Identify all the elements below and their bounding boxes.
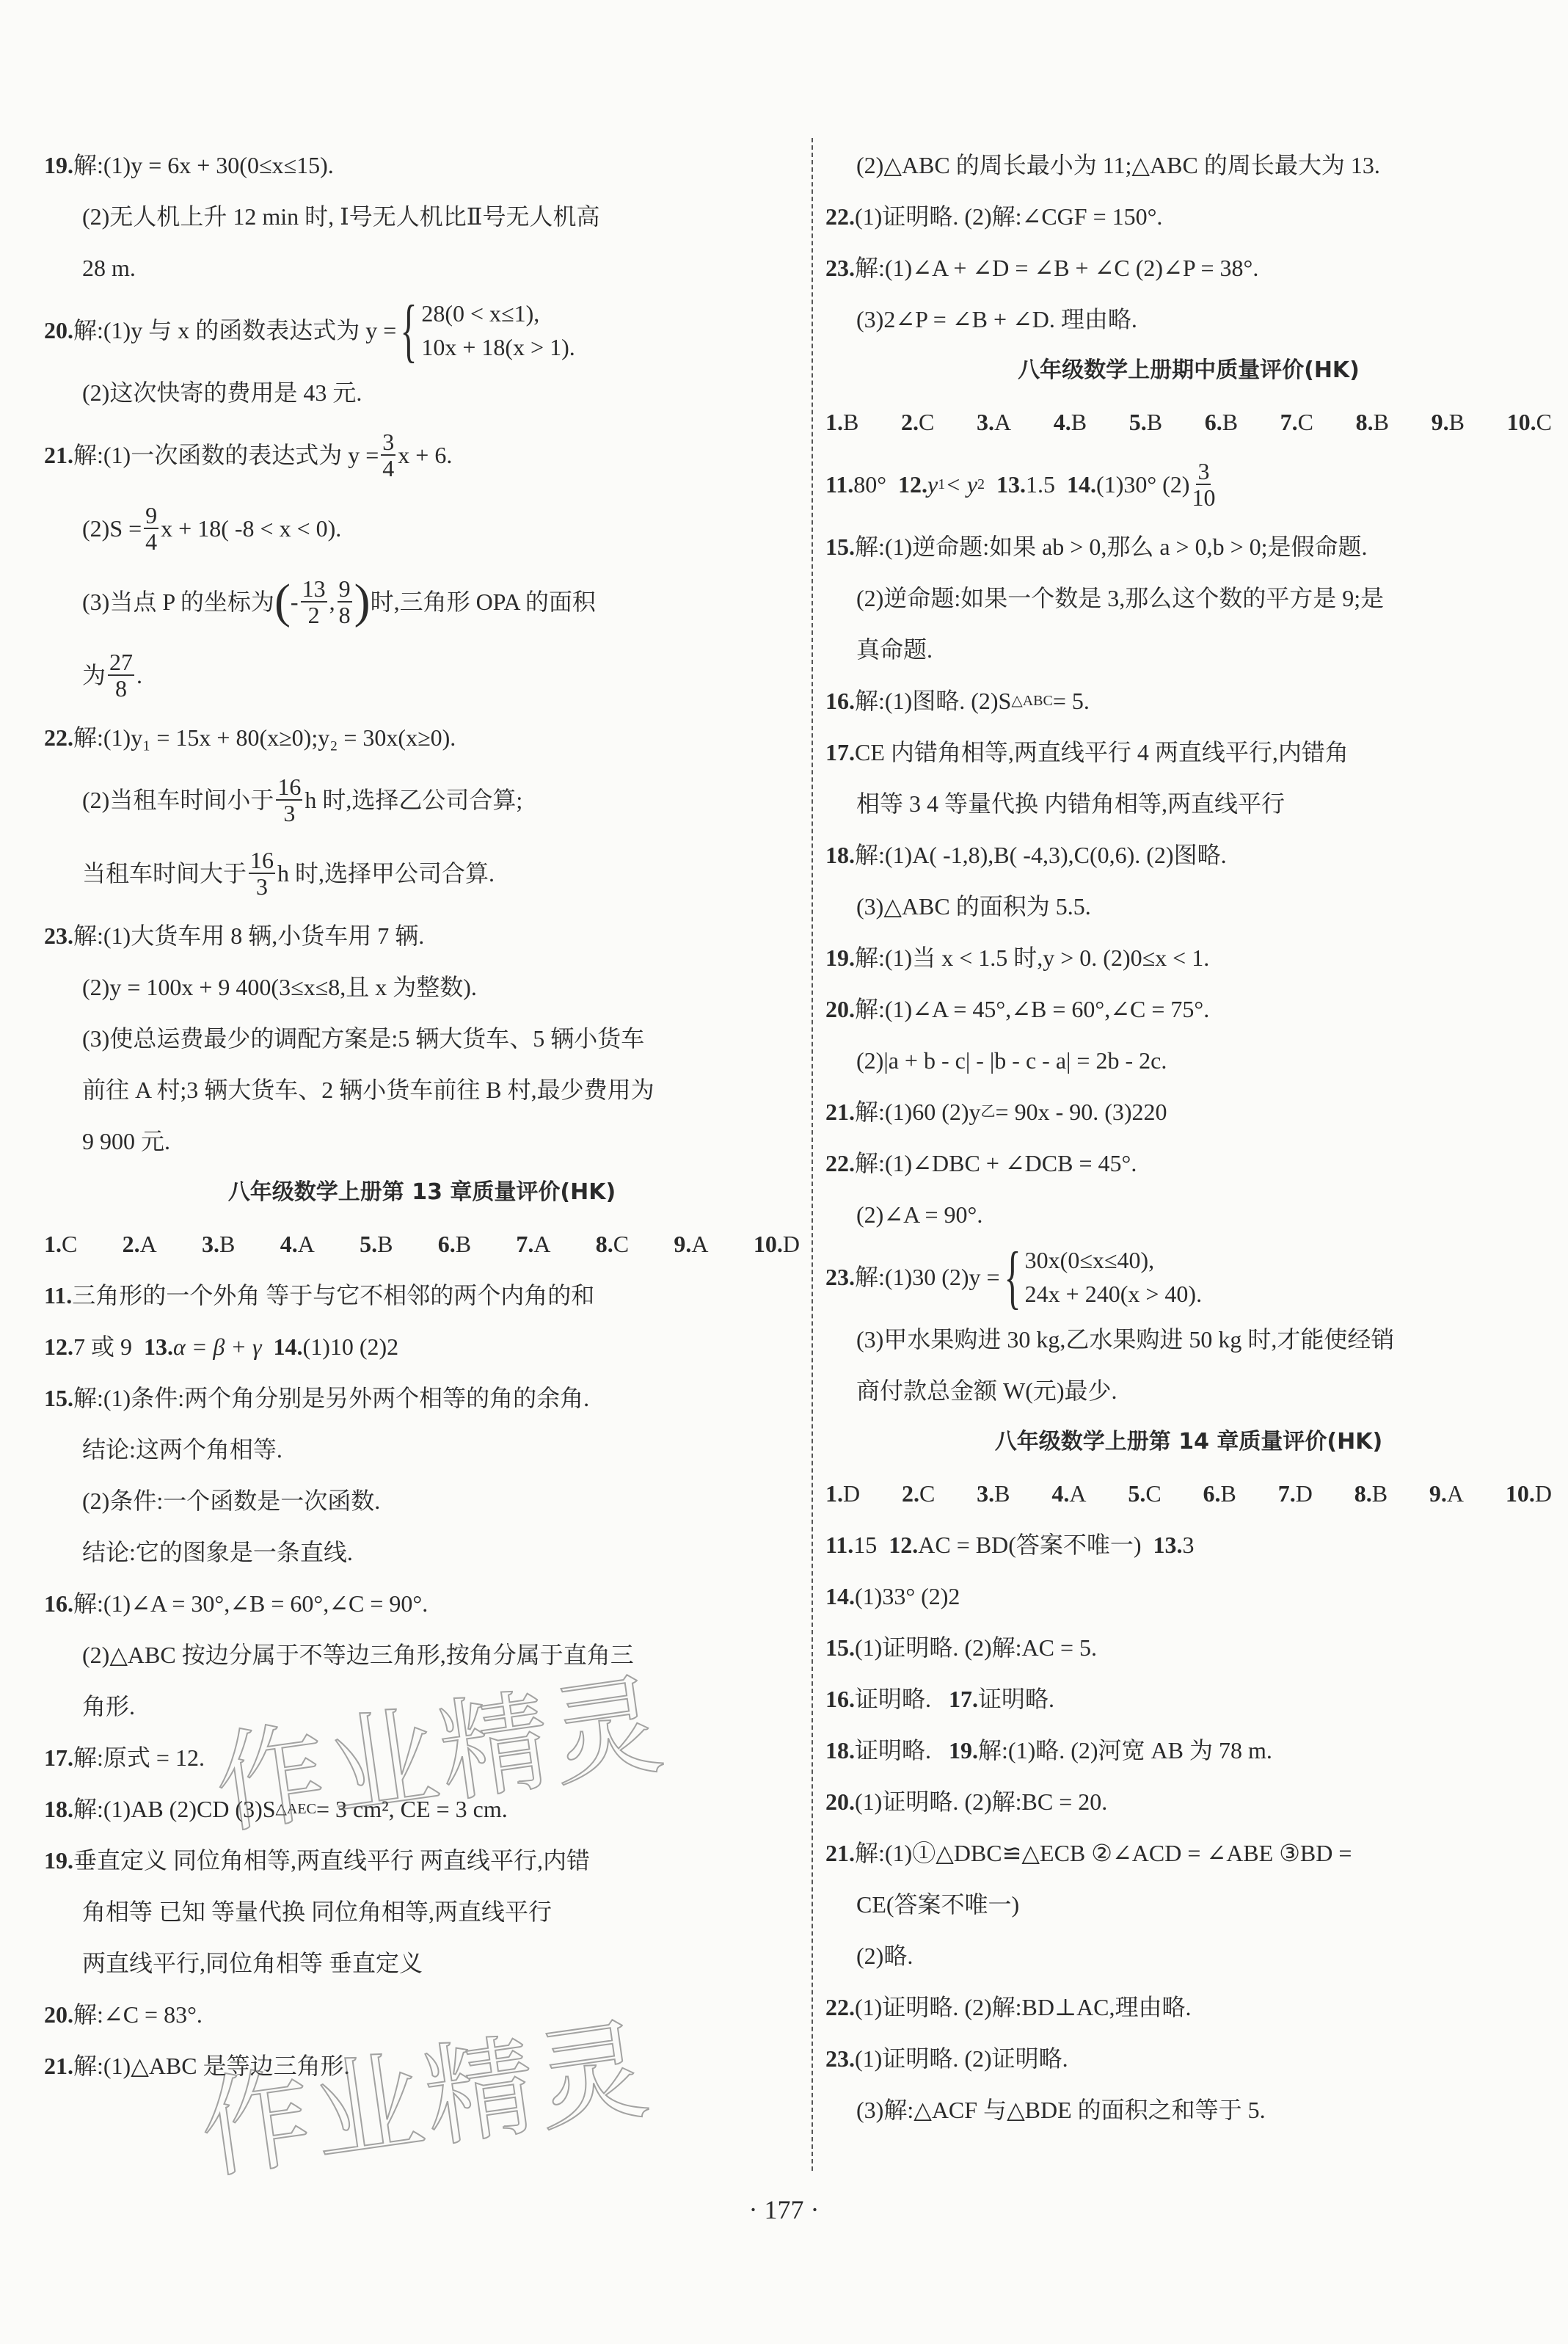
answer-11: 11. 三角形的一个外角 等于与它不相邻的两个内角的和 [44,1270,800,1321]
answer-15-part2: (2)逆命题:如果一个数是 3,那么这个数的平方是 9;是 [825,572,1552,624]
answer-15-conclusion-2: 结论:它的图象是一条直线. [44,1526,800,1578]
answer-23: 23. 解:(1)∠A + ∠D = ∠B + ∠C (2)∠P = 38°. [825,242,1552,294]
fraction: 3 10 [1192,459,1215,510]
answer-11-13: 11. 15 12. AC = BD(答案不唯一) 13. 3 [825,1519,1552,1570]
answer-20: 20. (1)证明略. (2)解:BC = 20. [825,1776,1552,1827]
answer-19-cont: 角相等 已知 等量代换 同位角相等,两直线平行 [44,1886,800,1937]
answer-22-part2: (2)当租车时间小于 16 3 h 时,选择乙公司合算; [44,763,800,837]
answer-16-part2-cont: 角形. [44,1681,800,1732]
answer-16-17: 16. 证明略. 17. 证明略. [825,1673,1552,1725]
answer-15-part2-cont: 真命题. [825,624,1552,675]
answer-17: 17. 解:原式 = 12. [44,1732,800,1783]
answer-20: 20. 解:(1)y 与 x 的函数表达式为 y = { 28(0 < x≤1)… [44,294,800,367]
answer-19: 19. 垂直定义 同位角相等,两直线平行 两直线平行,内错 [44,1835,800,1886]
piecewise-function: { 30x(0≤x≤40), 24x + 240(x > 40). [1000,1242,1202,1312]
answer-16: 16. 解:(1)图略. (2)S△ABC = 5. [825,675,1552,727]
right-column: (2)△ABC 的周长最小为 11;△ABC 的周长最大为 13. 22. (1… [825,139,1552,2136]
multiple-choice-answers-ch14: 1.D 2.C 3.B 4.A 5.C 6.B 7.D 8.B 9.A 10.D [825,1468,1552,1519]
answer-21-part2: (2)△ABC 的周长最小为 11;△ABC 的周长最大为 13. [825,139,1552,191]
answer-18-19: 18. 证明略. 19. 解:(1)略. (2)河宽 AB 为 78 m. [825,1725,1552,1776]
answer-23: 23. 解:(1)30 (2)y = { 30x(0≤x≤40), 24x + … [825,1240,1552,1314]
answer-18: 18. 解:(1)AB (2)CD (3)S△AEC = 3 cm², CE =… [44,1783,800,1835]
answer-23-part3: (3)2∠P = ∠B + ∠D. 理由略. [825,294,1552,345]
fraction: 13 2 [301,576,327,627]
answer-15-conclusion-1: 结论:这两个角相等. [44,1424,800,1475]
answer-21-part3-cont: 为 27 8 . [44,638,800,712]
section-title-midterm: 八年级数学上册期中质量评价(HK) [825,345,1552,396]
answer-20: 20. 解:(1)∠A = 45°,∠B = 60°,∠C = 75°. [825,983,1552,1035]
answer-20-part2: (2)|a + b - c| - |b - c - a| = 2b - 2c. [825,1035,1552,1086]
answer-20-part2: (2)这次快寄的费用是 43 元. [44,367,800,418]
answer-21-part2: (2)S = 9 4 x + 18( -8 < x < 0). [44,492,800,565]
fraction: 9 4 [144,503,158,554]
answer-22: 22. (1)证明略. (2)解:∠CGF = 150°. [825,191,1552,242]
answer-16: 16. 解:(1)∠A = 30°,∠B = 60°,∠C = 90°. [44,1578,800,1629]
multiple-choice-answers-midterm: 1.B 2.C 3.A 4.B 5.B 6.B 7.C 8.B 9.B 10.C [825,396,1552,448]
answer-19-part2: (2)无人机上升 12 min 时, Ⅰ号无人机比Ⅱ号无人机高 [44,191,800,242]
answer-21: 21. 解:(1)60 (2)y乙 = 90x - 90. (3)220 [825,1086,1552,1138]
answer-19-end: 两直线平行,同位角相等 垂直定义 [44,1937,800,1989]
answer-23-part3: (3)甲水果购进 30 kg,乙水果购进 50 kg 时,才能使经销 [825,1314,1552,1365]
answer-12-14: 12. 7 或 9 13. α = β + γ 14. (1)10 (2)2 [44,1321,800,1372]
answer-key-page: 19. 解:(1)y = 6x + 30(0≤x≤15). (2)无人机上升 1… [0,0,1568,2344]
brace-icon: { [401,295,417,365]
fraction: 9 8 [338,576,352,627]
answer-21-cont: CE(答案不唯一) [825,1879,1552,1930]
answer-23: 23. 解:(1)大货车用 8 辆,小货车用 7 辆. [44,910,800,961]
fraction: 27 8 [108,649,134,701]
answer-15-part2: (2)条件:一个函数是一次函数. [44,1475,800,1526]
answer-21-part3: (3)当点 P 的坐标为 ( - 13 2 , 9 8 ) 时,三角形 OPA … [44,565,800,638]
answer-21: 21. 解:(1)△ABC 是等边三角形. [44,2040,800,2092]
column-divider [812,138,813,2171]
answer-19-part2-cont: 28 m. [44,242,800,294]
answer-23-part3: (3)使总运费最少的调配方案是:5 辆大货车、5 辆小货车 [44,1013,800,1064]
answer-20: 20. 解:∠C = 83°. [44,1989,800,2040]
answer-11-14: 11. 80° 12. y1 < y2 13. 1.5 14. (1)30° (… [825,448,1552,521]
answer-23-part2: (2)y = 100x + 9 400(3≤x≤8,且 x 为整数). [44,961,800,1013]
answer-22: 22. (1)证明略. (2)解:BD⊥AC,理由略. [825,1981,1552,2033]
answer-18: 18. 解:(1)A( -1,8),B( -4,3),C(0,6). (2)图略… [825,829,1552,881]
answer-23-part3-cont: 商付款总金额 W(元)最少. [825,1365,1552,1416]
piecewise-function: { 28(0 < x≤1), 10x + 18(x > 1). [396,295,575,365]
fraction: 3 4 [381,429,395,481]
answer-21-part2: (2)略. [825,1930,1552,1981]
page-number: · 177 · [0,2194,1568,2225]
multiple-choice-answers-ch13: 1.C 2.A 3.B 4.A 5.B 6.B 7.A 8.C 9.A 10.D [44,1218,800,1270]
answer-22: 22. 解:(1)∠DBC + ∠DCB = 45°. [825,1138,1552,1189]
answer-21: 21. 解:(1)①△DBC≌△ECB ②∠ACD = ∠ABE ③BD = [825,1827,1552,1879]
answer-23: 23. (1)证明略. (2)证明略. [825,2033,1552,2084]
answer-16-part2: (2)△ABC 按边分属于不等边三角形,按角分属于直角三 [44,1629,800,1681]
answer-22-part2: (2)∠A = 90°. [825,1189,1552,1240]
answer-15: 15. 解:(1)逆命题:如果 ab > 0,那么 a > 0,b > 0;是假… [825,521,1552,572]
answer-23-part3-end: 9 900 元. [44,1115,800,1167]
fraction: 16 3 [276,774,302,826]
answer-18-part3: (3)△ABC 的面积为 5.5. [825,881,1552,932]
answer-17-cont: 相等 3 4 等量代换 内错角相等,两直线平行 [825,778,1552,829]
answer-22: 22. 解:(1)y₁ = 15x + 80(x≥0);y₂ = 30x(x≥0… [44,712,800,763]
answer-19: 19. 解:(1)当 x < 1.5 时,y > 0. (2)0≤x < 1. [825,932,1552,983]
answer-14: 14. (1)33° (2)2 [825,1570,1552,1622]
fraction: 16 3 [249,848,275,899]
answer-23-part3-cont: 前往 A 村;3 辆大货车、2 辆小货车前往 B 村,最少费用为 [44,1064,800,1115]
answer-22-part2-cont: 当租车时间大于 16 3 h 时,选择甲公司合算. [44,837,800,910]
section-title-chapter-14: 八年级数学上册第 14 章质量评价(HK) [825,1416,1552,1468]
answer-15: 15. (1)证明略. (2)解:AC = 5. [825,1622,1552,1673]
answer-17: 17. CE 内错角相等,两直线平行 4 两直线平行,内错角 [825,727,1552,778]
left-column: 19. 解:(1)y = 6x + 30(0≤x≤15). (2)无人机上升 1… [44,139,800,2092]
answer-23-part3: (3)解:△ACF 与△BDE 的面积之和等于 5. [825,2084,1552,2136]
brace-icon: { [1004,1242,1021,1312]
answer-21: 21. 解:(1)一次函数的表达式为 y = 3 4 x + 6. [44,418,800,492]
section-title-chapter-13: 八年级数学上册第 13 章质量评价(HK) [44,1167,800,1218]
answer-15: 15. 解:(1)条件:两个角分别是另外两个相等的角的余角. [44,1372,800,1424]
answer-19: 19. 解:(1)y = 6x + 30(0≤x≤15). [44,139,800,191]
